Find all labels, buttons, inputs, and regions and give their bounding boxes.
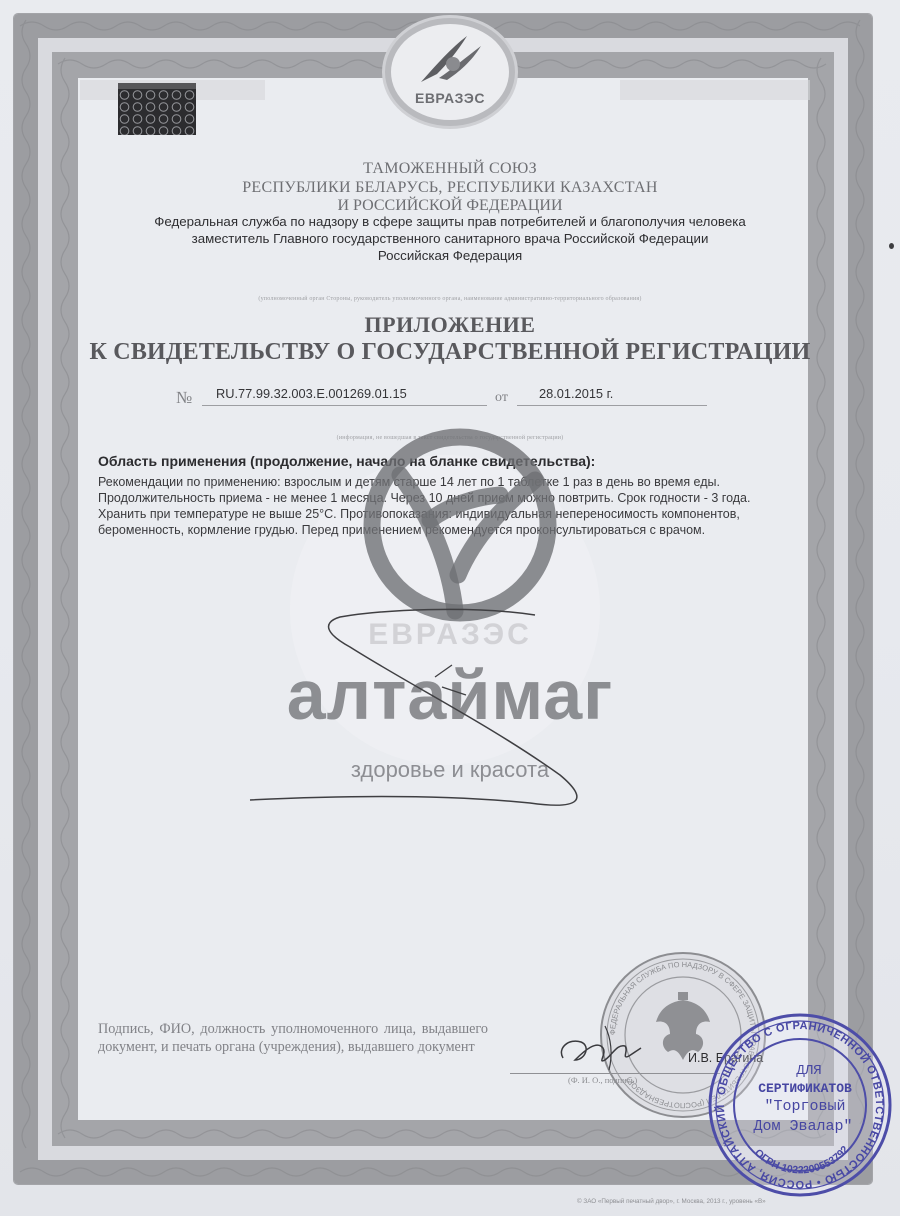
stamp-line: ДЛЯ: [796, 1063, 821, 1079]
number-underline: [202, 405, 487, 406]
authority-line: Федеральная служба по надзору в сфере за…: [80, 213, 820, 230]
number-sign: №: [176, 388, 192, 408]
registration-line: № RU.77.99.32.003.E.001269.01.15 от 28.0…: [172, 384, 708, 408]
evrazes-label: ЕВРАЗЭС: [391, 90, 509, 106]
date-underline: [517, 405, 707, 406]
handwritten-signature: [555, 1020, 665, 1075]
header-union: ТАМОЖЕННЫЙ СОЮЗ: [80, 158, 820, 179]
signature-scribble: [230, 595, 630, 815]
header-republics: РЕСПУБЛИКИ БЕЛАРУСЬ, РЕСПУБЛИКИ КАЗАХСТА…: [80, 178, 820, 197]
registration-date: 28.01.2015 г.: [539, 386, 613, 401]
authority-block: Федеральная служба по надзору в сфере за…: [80, 213, 820, 264]
signature-line-caption: (Ф. И. О., подпись): [568, 1075, 637, 1085]
stamp-line: СЕРТИФИКАТОВ: [758, 1081, 852, 1096]
authority-caption: (уполномоченный орган Стороны, руководит…: [80, 296, 820, 302]
signature-line: [510, 1073, 720, 1074]
evrazes-emblem: ЕВРАЗЭС: [385, 18, 515, 126]
authority-line: Российская Федерация: [80, 247, 820, 264]
stamp-line: Дом Эвалар": [753, 1118, 852, 1135]
evrazes-logo-icon: [417, 34, 483, 86]
document-title: ПРИЛОЖЕНИЕ: [80, 312, 820, 338]
printer-imprint: © ЗАО «Первый печатный двор», г. Москва,…: [577, 1198, 766, 1205]
signature-caption: Подпись, ФИО, должность уполномоченного …: [98, 1020, 488, 1056]
security-pattern-box: [118, 83, 196, 135]
document-subtitle: К СВИДЕТЕЛЬСТВУ О ГОСУДАРСТВЕННОЙ РЕГИСТ…: [80, 339, 820, 366]
authority-line: заместитель Главного государственного са…: [80, 230, 820, 247]
stamp-line: "Торговый: [764, 1098, 845, 1115]
ink-dot: [889, 243, 894, 249]
certificate-page: ЕВРАЗЭС ТАМОЖЕННЫЙ СОЮЗ РЕСПУБЛИКИ БЕЛАР…: [0, 0, 900, 1216]
evalar-stamp: ОБЩЕСТВО С ОГРАНИЧЕННОЙ ОТВЕТСТВЕННОСТЬЮ…: [705, 1010, 895, 1200]
registration-number: RU.77.99.32.003.E.001269.01.15: [216, 386, 407, 401]
frame-bleach-right: [620, 80, 810, 100]
from-label: от: [495, 390, 508, 406]
